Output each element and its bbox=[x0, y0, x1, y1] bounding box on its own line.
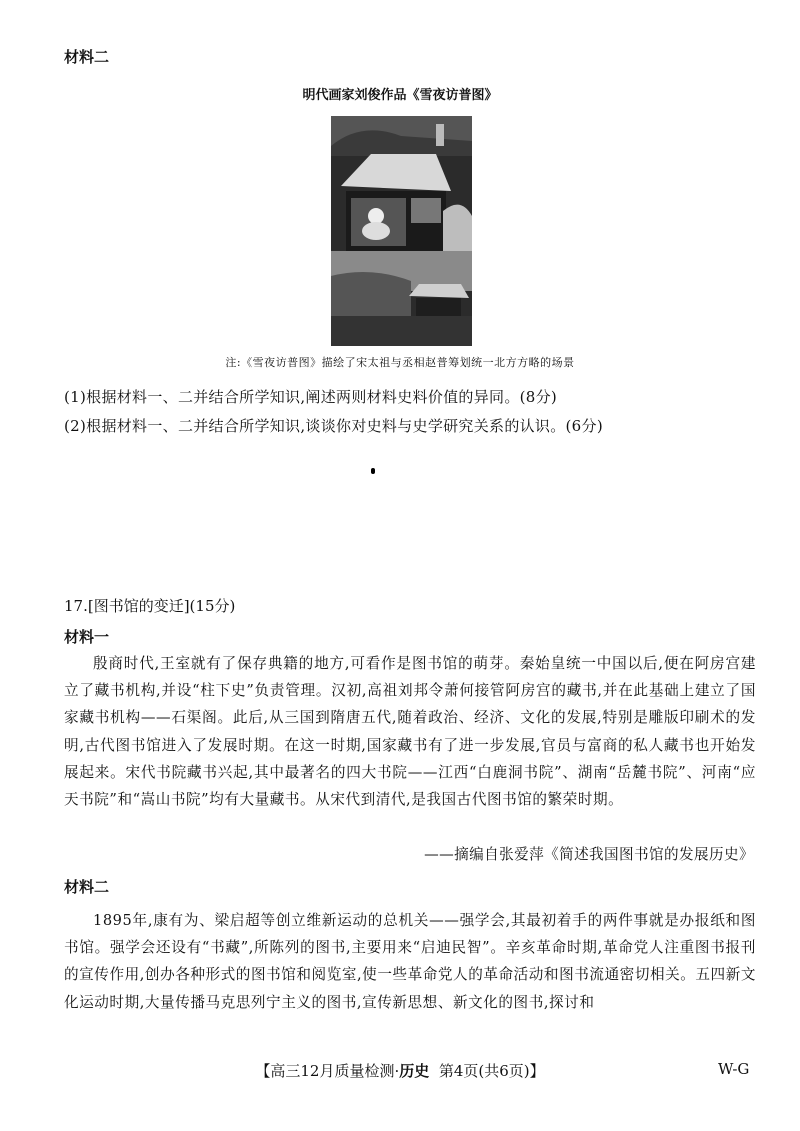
footer-subject: 历史 bbox=[399, 1062, 429, 1080]
figure-note: 注:《雪夜访普图》描绘了宋太祖与丞相赵普筹划统一北方方略的场景 bbox=[0, 354, 800, 370]
question-2: (2)根据材料一、二并结合所学知识,谈谈你对史料与史学研究关系的认识。(6分) bbox=[64, 415, 603, 436]
figure-title: 明代画家刘俊作品《雪夜访普图》 bbox=[0, 84, 800, 103]
material1-heading: 材料一 bbox=[64, 626, 109, 647]
painting-illustration bbox=[331, 116, 472, 346]
question-1: (1)根据材料一、二并结合所学知识,阐述两则材料史料价值的异同。(8分) bbox=[64, 386, 557, 407]
material2-heading-q17: 材料二 bbox=[64, 876, 109, 897]
page-footer: 【高三12月质量检测·历史 第4页(共6页)】 bbox=[0, 1060, 800, 1081]
question17-title: 17.[图书馆的变迁](15分) bbox=[64, 595, 235, 616]
footer-right-bracket: 】 bbox=[530, 1062, 545, 1080]
painting-image bbox=[331, 116, 472, 346]
material1-text: 殷商时代,王室就有了保存典籍的地方,可看作是图书馆的萌芽。秦始皇统一中国以后,便… bbox=[64, 650, 756, 813]
footer-left-bracket: 【 bbox=[255, 1062, 270, 1080]
material1-source: ——摘编自张爱萍《简述我国图书馆的发展历史》 bbox=[424, 843, 754, 864]
paper-code: W-G bbox=[718, 1060, 749, 1078]
footer-exam: 高三12月质量检测 bbox=[270, 1062, 394, 1080]
stray-mark bbox=[371, 468, 375, 474]
material2-heading: 材料二 bbox=[64, 46, 109, 67]
material2-text: 1895年,康有为、梁启超等创立维新运动的总机关——强学会,其最初着手的两件事就… bbox=[64, 907, 756, 1016]
footer-page: 第4页(共6页) bbox=[439, 1062, 530, 1080]
